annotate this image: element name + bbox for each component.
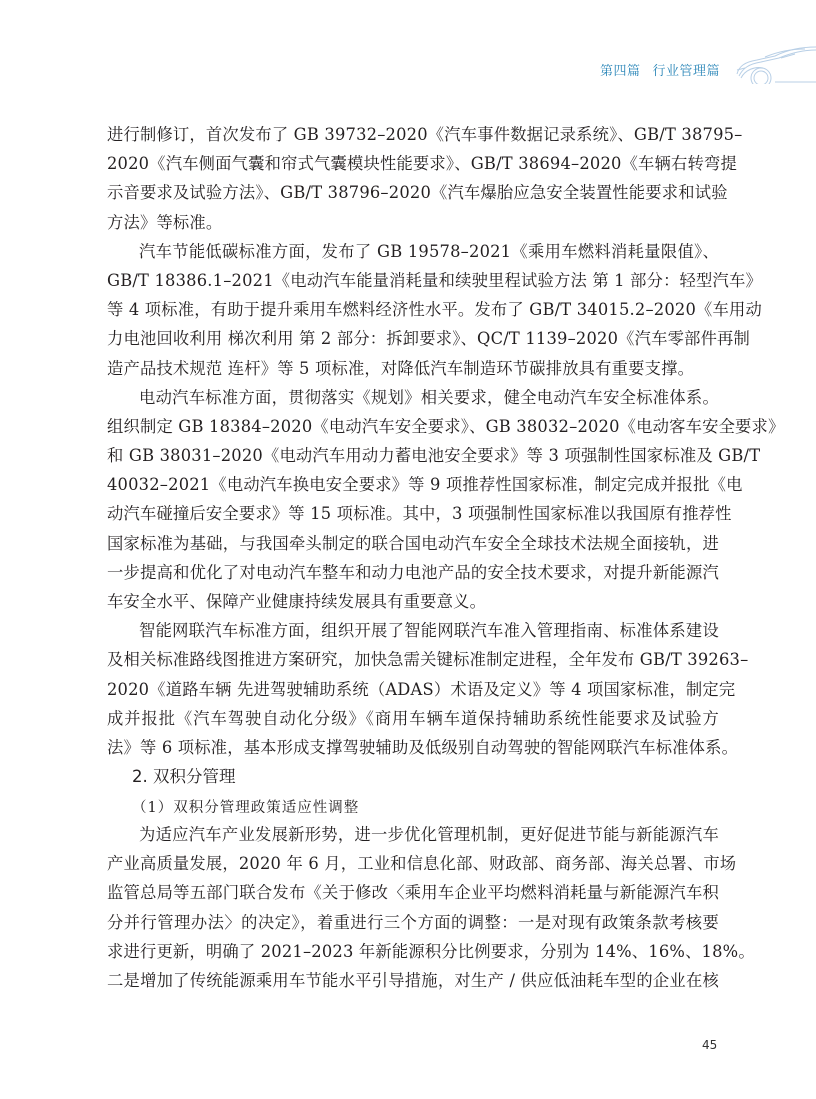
paragraph-line: 产业高质量发展，2020 年 6 月，工业和信息化部、财政部、商务部、海关总署、… xyxy=(107,849,719,878)
paragraph-line: 40032–2021《电动汽车换电安全要求》等 9 项推荐性国家标准，制定完成并… xyxy=(107,470,719,499)
paragraph-line: 智能网联汽车标准方面，组织开展了智能网联汽车准入管理指南、标准体系建设 xyxy=(107,616,719,645)
car-outline-icon xyxy=(735,44,816,84)
paragraph-line: 为适应汽车产业发展新形势，进一步优化管理机制，更好促进节能与新能源汽车 xyxy=(107,820,719,849)
paragraph-line: 汽车节能低碳标准方面，发布了 GB 19578–2021《乘用车燃料消耗量限值》… xyxy=(107,237,719,266)
paragraph-line: 2020《道路车辆 先进驾驶辅助系统（ADAS）术语及定义》等 4 项国家标准，… xyxy=(107,675,719,704)
body-section-dual-credit: 为适应汽车产业发展新形势，进一步优化管理机制，更好促进节能与新能源汽车 产业高质… xyxy=(107,820,719,995)
paragraph-line: 求进行更新，明确了 2021–2023 年新能源积分比例要求，分别为 14%、1… xyxy=(107,937,719,966)
paragraph-line: 进行制修订，首次发布了 GB 39732–2020《汽车事件数据记录系统》、GB… xyxy=(107,120,719,149)
body-section-standards: 进行制修订，首次发布了 GB 39732–2020《汽车事件数据记录系统》、GB… xyxy=(107,120,719,762)
paragraph-line: 及相关标准路线图推进方案研究，加快急需关键标准制定进程，全年发布 GB/T 39… xyxy=(107,645,719,674)
part-label: 第四篇 xyxy=(600,60,641,79)
section-heading: 2. 双积分管理 xyxy=(132,763,236,787)
paragraph-line: 电动汽车标准方面，贯彻落实《规划》相关要求，健全电动汽车安全标准体系。 xyxy=(107,383,719,412)
paragraph-line: 车安全水平、保障产业健康持续发展具有重要意义。 xyxy=(107,587,719,616)
paragraph-line: 和 GB 38031–2020《电动汽车用动力蓄电池安全要求》等 3 项强制性国… xyxy=(107,441,719,470)
paragraph-line: 国家标准为基础，与我国牵头制定的联合国电动汽车安全全球技术法规全面接轨，进 xyxy=(107,529,719,558)
paragraph-line: 动汽车碰撞后安全要求》等 15 项标准。其中，3 项强制性国家标准以我国原有推荐… xyxy=(107,499,719,528)
paragraph-line: 二是增加了传统能源乘用车节能水平引导措施，对生产 / 供应低油耗车型的企业在核 xyxy=(107,966,719,995)
paragraph-line: 2020《汽车侧面气囊和帘式气囊模块性能要求》、GB/T 38694–2020《… xyxy=(107,149,719,178)
part-title: 行业管理篇 xyxy=(653,60,721,79)
paragraph-line: 组织制定 GB 18384–2020《电动汽车安全要求》、GB 38032–20… xyxy=(107,412,719,441)
paragraph-line: GB/T 18386.1–2021《电动汽车能量消耗量和续驶里程试验方法 第 1… xyxy=(107,266,719,295)
paragraph-line: 造产品技术规范 连杆》等 5 项标准，对降低汽车制造环节碳排放具有重要支撑。 xyxy=(107,354,719,383)
paragraph-line: 力电池回收利用 梯次利用 第 2 部分：拆卸要求》、QC/T 1139–2020… xyxy=(107,324,719,353)
paragraph-line: 示音要求及试验方法》、GB/T 38796–2020《汽车爆胎应急安全装置性能要… xyxy=(107,178,719,207)
paragraph-line: 监管总局等五部门联合发布《关于修改〈乘用车企业平均燃料消耗量与新能源汽车积 xyxy=(107,878,719,907)
paragraph-line: 方法》等标准。 xyxy=(107,208,719,237)
paragraph-line: 一步提高和优化了对电动汽车整车和动力电池产品的安全技术要求，对提升新能源汽 xyxy=(107,558,719,587)
subsection-heading: （1）双积分管理政策适应性调整 xyxy=(132,796,359,817)
paragraph-line: 等 4 项标准，有助于提升乘用车燃料经济性水平。发布了 GB/T 34015.2… xyxy=(107,295,719,324)
page-number: 45 xyxy=(702,1038,717,1052)
paragraph-line: 成并报批《汽车驾驶自动化分级》《商用车辆车道保持辅助系统性能要求及试验方 xyxy=(107,704,719,733)
running-header: 第四篇行业管理篇 xyxy=(600,60,720,79)
paragraph-line: 法》等 6 项标准，基本形成支撑驾驶辅助及低级别自动驾驶的智能网联汽车标准体系。 xyxy=(107,733,719,762)
paragraph-line: 分并行管理办法〉的决定》，着重进行三个方面的调整：一是对现有政策条款考核要 xyxy=(107,908,719,937)
